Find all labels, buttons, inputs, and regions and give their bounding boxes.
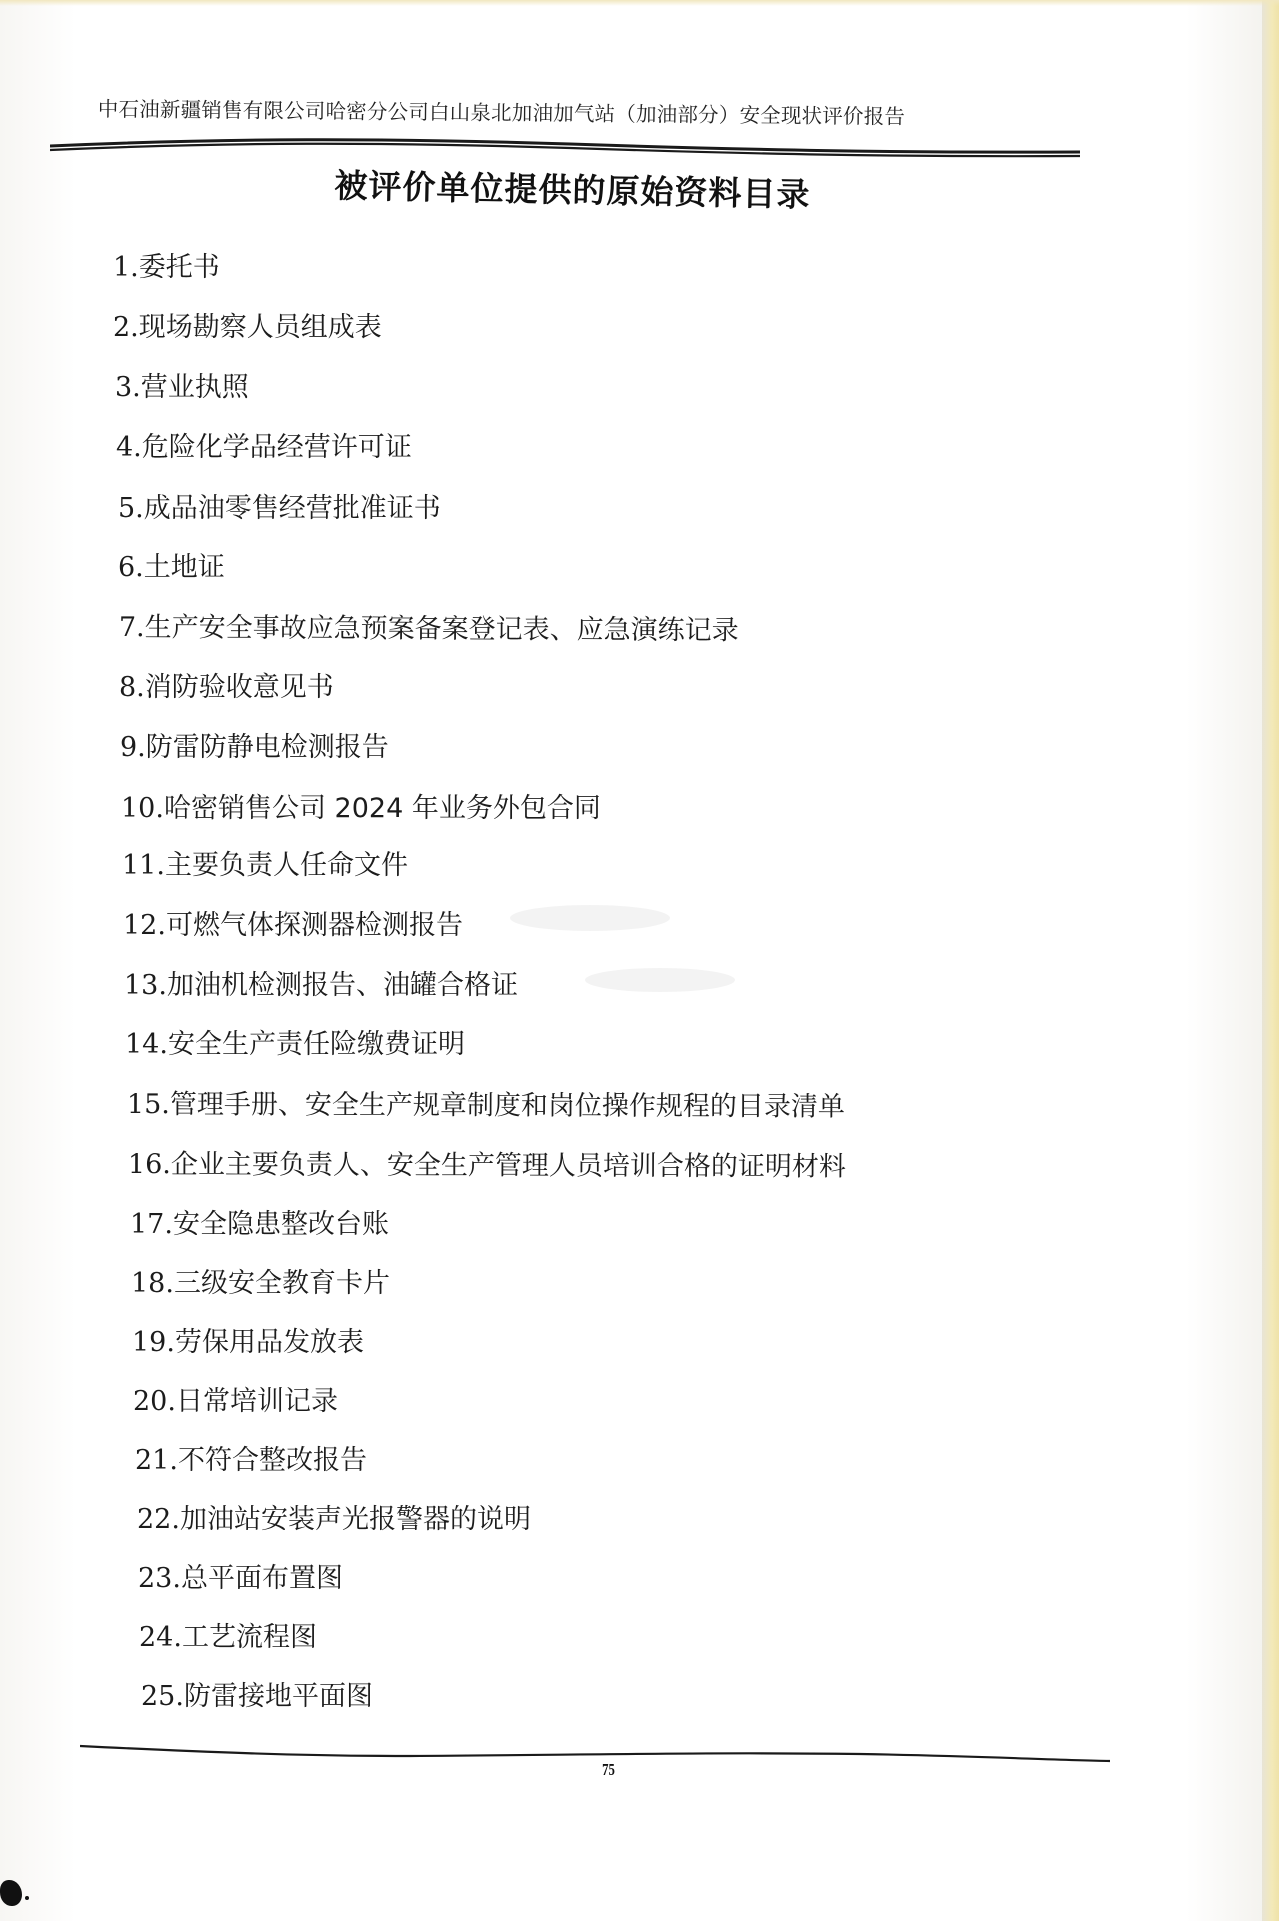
list-item: 5.成品油零售经营批准证书 — [118, 486, 441, 525]
list-item: 18.三级安全教育卡片 — [131, 1261, 390, 1300]
item-number: 21. — [135, 1445, 178, 1476]
item-number: 22. — [137, 1504, 180, 1535]
item-text: 安全生产责任险缴费证明 — [168, 1029, 465, 1060]
item-number: 25. — [141, 1681, 184, 1712]
materials-list: 1.委托书 2.现场勘察人员组成表 3.营业执照 4.危险化学品经营许可证 5.… — [0, 0, 1279, 1921]
ink-blot — [0, 1880, 22, 1906]
item-number: 15. — [127, 1089, 170, 1120]
list-item: 11.主要负责人任命文件 — [122, 843, 408, 882]
list-item: 13.加油机检测报告、油罐合格证 — [124, 963, 518, 1002]
item-number: 10. — [121, 793, 164, 824]
list-item: 17.安全隐患整改台账 — [130, 1202, 389, 1241]
item-text: 成品油零售经营批准证书 — [144, 493, 441, 524]
item-text: 加油站安装声光报警器的说明 — [180, 1504, 531, 1535]
item-number: 6. — [118, 552, 144, 583]
item-text: 消防验收意见书 — [145, 672, 334, 703]
item-text: 总平面布置图 — [181, 1563, 343, 1594]
list-item: 12.可燃气体探测器检测报告 — [123, 903, 463, 942]
item-number: 9. — [120, 732, 146, 763]
item-text: 不符合整改报告 — [178, 1445, 367, 1476]
item-text: 主要负责人任命文件 — [165, 850, 408, 881]
list-item: 14.安全生产责任险缴费证明 — [125, 1022, 465, 1061]
item-number: 11. — [122, 850, 165, 881]
item-text: 哈密销售公司 2024 年业务外包合同 — [164, 793, 601, 824]
list-item: 4.危险化学品经营许可证 — [116, 425, 412, 464]
item-number: 17. — [130, 1209, 173, 1240]
item-text: 可燃气体探测器检测报告 — [166, 910, 463, 941]
list-item: 19.劳保用品发放表 — [132, 1320, 364, 1359]
item-text: 管理手册、安全生产规章制度和岗位操作规程的目录清单 — [170, 1089, 845, 1122]
item-text: 土地证 — [144, 552, 225, 583]
item-text: 生产安全事故应急预案备案登记表、应急演练记录 — [145, 612, 739, 646]
page-number: 75 — [602, 1760, 615, 1780]
item-text: 劳保用品发放表 — [175, 1327, 364, 1358]
item-text: 现场勘察人员组成表 — [139, 312, 382, 343]
scan-smudge — [510, 905, 670, 931]
scan-smudge — [585, 968, 735, 992]
item-text: 防雷接地平面图 — [184, 1681, 373, 1712]
item-text: 安全隐患整改台账 — [173, 1209, 389, 1240]
list-item: 22.加油站安装声光报警器的说明 — [137, 1497, 531, 1536]
item-text: 委托书 — [139, 252, 220, 283]
ink-dot — [25, 1896, 29, 1900]
list-item: 6.土地证 — [118, 545, 225, 584]
list-item: 25.防雷接地平面图 — [141, 1674, 373, 1713]
list-item: 24.工艺流程图 — [139, 1615, 317, 1654]
list-item: 20.日常培训记录 — [133, 1379, 338, 1418]
item-number: 8. — [119, 672, 145, 703]
item-text: 工艺流程图 — [182, 1622, 317, 1653]
item-number: 24. — [139, 1622, 182, 1653]
item-number: 18. — [131, 1268, 174, 1299]
item-number: 2. — [113, 312, 139, 343]
item-text: 防雷防静电检测报告 — [146, 732, 389, 763]
list-item: 7.生产安全事故应急预案备案登记表、应急演练记录 — [119, 605, 739, 647]
item-number: 23. — [138, 1563, 181, 1594]
item-number: 7. — [119, 612, 145, 643]
item-number: 13. — [124, 970, 167, 1001]
item-number: 1. — [113, 252, 139, 283]
list-item: 2.现场勘察人员组成表 — [113, 305, 382, 344]
list-item: 3.营业执照 — [115, 365, 249, 404]
footer-divider — [80, 1740, 1110, 1770]
item-text: 三级安全教育卡片 — [174, 1268, 390, 1299]
list-item: 8.消防验收意见书 — [119, 665, 334, 704]
item-number: 14. — [125, 1029, 168, 1060]
list-item: 1.委托书 — [113, 245, 220, 284]
item-text: 营业执照 — [141, 372, 249, 403]
item-number: 4. — [116, 432, 142, 463]
item-number: 16. — [128, 1149, 171, 1180]
item-text: 企业主要负责人、安全生产管理人员培训合格的证明材料 — [171, 1149, 846, 1182]
list-item: 16.企业主要负责人、安全生产管理人员培训合格的证明材料 — [128, 1142, 846, 1184]
item-text: 日常培训记录 — [176, 1386, 338, 1417]
list-item: 9.防雷防静电检测报告 — [120, 725, 389, 764]
item-number: 19. — [132, 1327, 175, 1358]
item-number: 5. — [118, 493, 144, 524]
list-item: 10.哈密销售公司 2024 年业务外包合同 — [121, 786, 601, 825]
list-item: 21.不符合整改报告 — [135, 1438, 367, 1477]
item-number: 12. — [123, 910, 166, 941]
item-text: 危险化学品经营许可证 — [142, 432, 412, 463]
item-text: 加油机检测报告、油罐合格证 — [167, 970, 518, 1001]
item-number: 20. — [133, 1386, 176, 1417]
list-item: 15.管理手册、安全生产规章制度和岗位操作规程的目录清单 — [127, 1082, 845, 1124]
item-number: 3. — [115, 372, 141, 403]
list-item: 23.总平面布置图 — [138, 1556, 343, 1595]
